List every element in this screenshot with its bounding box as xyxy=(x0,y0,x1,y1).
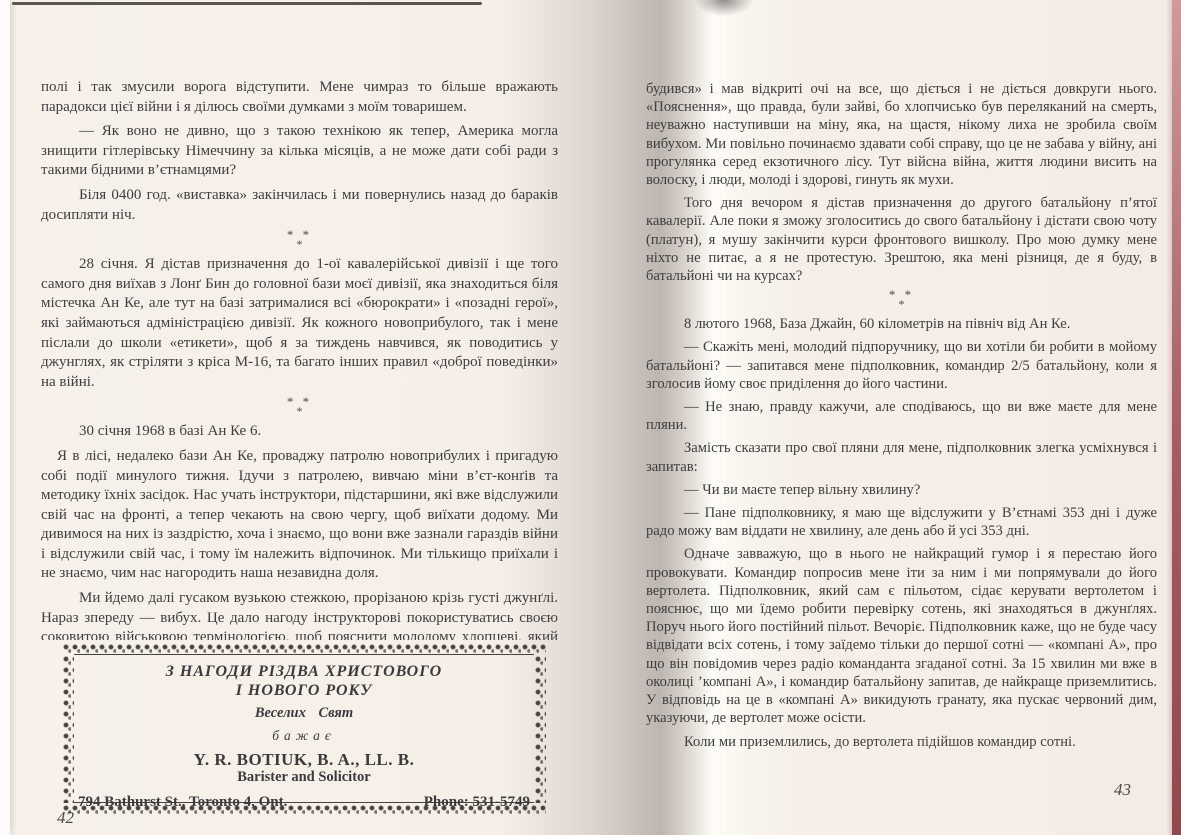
paragraph: — Пане підполковнику, я маю ще відслужит… xyxy=(646,504,1157,540)
book-cover-edge xyxy=(1172,0,1181,835)
paragraph: Ми йдемо далі гусаком вузькою стежкою, п… xyxy=(41,589,558,640)
book-scan: полі і так змусили ворога відступити. Ме… xyxy=(0,0,1181,835)
ad-greeting-line2: І НОВОГО РОКУ xyxy=(74,681,534,700)
ad-advertiser-title: Barister and Solicitor xyxy=(74,769,534,786)
section-separator: * * * xyxy=(41,230,558,249)
separator-asterisk: * xyxy=(646,300,1157,309)
paragraph: 8 лютого 1968, База Джайн, 60 кілометрів… xyxy=(646,315,1157,333)
paragraph: полі і так змусили ворога відступити. Ме… xyxy=(41,78,558,117)
paragraph: Замість сказати про свої пляни для мене,… xyxy=(646,439,1157,475)
paragraph: — Скажіть мені, молодий підпоручнику, що… xyxy=(646,338,1157,393)
paragraph: Я в лісі, недалеко бази Ан Ке, проваджу … xyxy=(41,447,558,584)
ornamental-border-top xyxy=(62,642,546,654)
paragraph: Того дня вечором я дістав призначення до… xyxy=(646,194,1157,285)
ad-from: бажає xyxy=(74,728,534,743)
paragraph: Коли ми приземлились, до вертолета підій… xyxy=(646,733,1157,751)
page-number-right: 43 xyxy=(1114,780,1131,800)
separator-asterisk: * xyxy=(41,407,558,416)
paragraph: — Як воно не дивно, що з такою технікою … xyxy=(41,122,558,181)
section-separator: * * * xyxy=(646,290,1157,309)
ad-advertiser-name: Y. R. BOTIUK, B. A., LL. B. xyxy=(74,750,534,769)
ornamental-border-left xyxy=(62,654,74,803)
paragraph: будився» і мав відкриті очі на все, що д… xyxy=(646,80,1157,189)
right-page-text: будився» і мав відкриті очі на все, що д… xyxy=(646,80,1157,768)
ornamental-border-right xyxy=(534,654,546,803)
page-number-left: 42 xyxy=(57,808,74,828)
separator-asterisk: * xyxy=(41,240,558,249)
advertisement-content: З НАГОДИ РІЗДВА ХРИСТОВОГО І НОВОГО РОКУ… xyxy=(74,654,534,803)
paragraph: 30 січня 1968 в базі Ан Ке 6. xyxy=(41,422,558,442)
paragraph: Біля 0400 год. «виставка» закінчилась і … xyxy=(41,186,558,225)
scan-edge-strip xyxy=(0,0,10,835)
ad-wishes: Веселих Свят xyxy=(74,705,534,722)
gutter-top-shadow xyxy=(695,0,753,16)
section-separator: * * * xyxy=(41,397,558,416)
paragraph: — Чи ви маєте тепер вільну хвилину? xyxy=(646,481,1157,499)
paragraph: Одначе завважую, що в нього не найкращий… xyxy=(646,545,1157,727)
paragraph: — Не знаю, правду кажучи, але сподіваюсь… xyxy=(646,398,1157,434)
paragraph: 28 січня. Я дістав призначення до 1-ої к… xyxy=(41,255,558,392)
left-page-text: полі і так змусили ворога відступити. Ме… xyxy=(41,78,558,640)
scan-edge-line xyxy=(12,2,482,5)
ad-phone: Phone: 531-5749 xyxy=(424,793,530,811)
advertisement: З НАГОДИ РІЗДВА ХРИСТОВОГО І НОВОГО РОКУ… xyxy=(62,642,546,815)
ad-greeting-line1: З НАГОДИ РІЗДВА ХРИСТОВОГО xyxy=(74,662,534,681)
ad-address: 794 Bathurst St., Toronto 4, Ont. xyxy=(78,793,287,811)
